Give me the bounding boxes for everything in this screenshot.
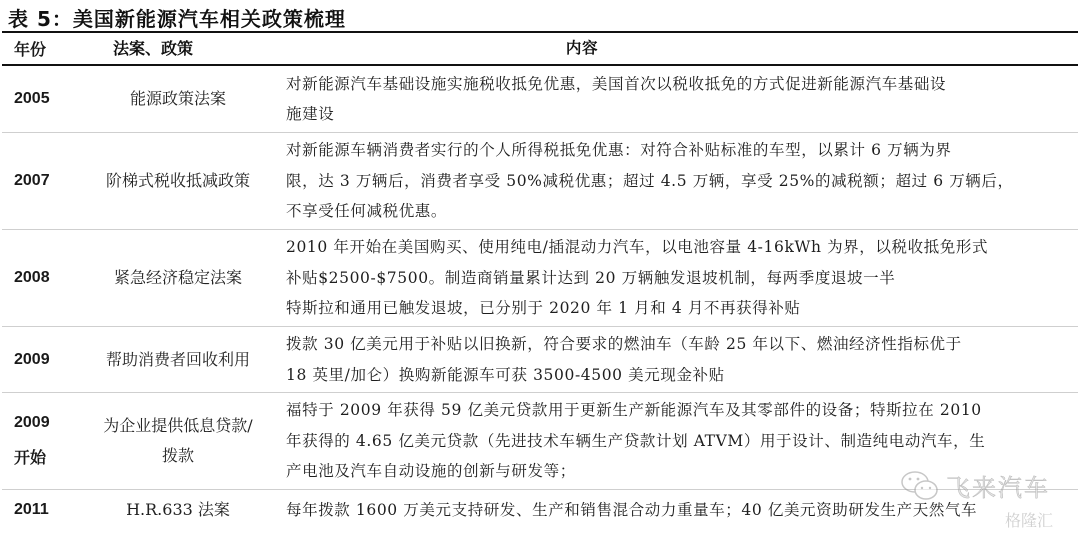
table-title: 表 5：美国新能源汽车相关政策梳理 xyxy=(8,3,346,32)
row-policy: 帮助消费者回收利用 xyxy=(77,345,279,375)
content-line: 不享受任何减税优惠。 xyxy=(286,196,1068,227)
row-policy: 为企业提供低息贷款/ 拨款 xyxy=(77,411,279,471)
content-line: 年获得的 4.65 亿美元贷款（先进技术车辆生产贷款计划 ATVM）用于设计、制… xyxy=(286,426,1068,457)
row-policy: H.R.633 法案 xyxy=(77,495,279,525)
row-year: 2009 开始 xyxy=(2,405,77,477)
policy-table: 年份 法案、政策 内容 2005 能源政策法案 对新能源汽车基础设施实施税收抵免… xyxy=(2,31,1078,530)
table-row: 2011 H.R.633 法案 每年拨款 1600 万美元支持研发、生产和销售混… xyxy=(2,490,1078,530)
table-row: 2008 紧急经济稳定法案 2010 年开始在美国购买、使用纯电/插混动力汽车，… xyxy=(2,230,1078,327)
content-line: 对新能源车辆消费者实行的个人所得税抵免优惠：对符合补贴标准的车型，以累计 6 万… xyxy=(286,135,1068,166)
row-year-line: 开始 xyxy=(14,441,77,477)
content-line: 施建设 xyxy=(286,99,1068,130)
table-row: 2009 开始 为企业提供低息贷款/ 拨款 福特于 2009 年获得 59 亿美… xyxy=(2,393,1078,490)
row-policy: 能源政策法案 xyxy=(77,84,279,114)
content-line: 对新能源汽车基础设施实施税收抵免优惠，美国首次以税收抵免的方式促进新能源汽车基础… xyxy=(286,69,1068,100)
table-row: 2007 阶梯式税收抵减政策 对新能源车辆消费者实行的个人所得税抵免优惠：对符合… xyxy=(2,133,1078,230)
content-line: 产电池及汽车自动设施的创新与研发等； xyxy=(286,456,1068,487)
row-policy-line: 拨款 xyxy=(77,441,279,471)
row-policy-line: 为企业提供低息贷款/ xyxy=(77,411,279,441)
content-line: 每年拨款 1600 万美元支持研发、生产和销售混合动力重量车；40 亿美元资助研… xyxy=(286,495,1068,526)
header-year: 年份 xyxy=(2,37,77,60)
header-policy: 法案、政策 xyxy=(77,34,279,64)
table-row: 2009 帮助消费者回收利用 拨款 30 亿美元用于补贴以旧换新，符合要求的燃油… xyxy=(2,327,1078,393)
row-year-line: 2009 xyxy=(14,405,77,441)
row-year: 2008 xyxy=(2,269,77,287)
table-row: 2005 能源政策法案 对新能源汽车基础设施实施税收抵免优惠，美国首次以税收抵免… xyxy=(2,66,1078,133)
row-policy: 紧急经济稳定法案 xyxy=(77,263,279,293)
row-year: 2005 xyxy=(2,90,77,108)
row-year: 2007 xyxy=(2,172,77,190)
row-content: 每年拨款 1600 万美元支持研发、生产和销售混合动力重量车；40 亿美元资助研… xyxy=(279,495,1078,526)
watermark-secondary: 格隆汇 xyxy=(1005,508,1053,531)
row-content: 对新能源汽车基础设施实施税收抵免优惠，美国首次以税收抵免的方式促进新能源汽车基础… xyxy=(279,69,1078,130)
row-content: 福特于 2009 年获得 59 亿美元贷款用于更新生产新能源汽车及其零部件的设备… xyxy=(279,395,1078,487)
row-content: 2010 年开始在美国购买、使用纯电/插混动力汽车，以电池容量 4-16kWh … xyxy=(279,232,1078,324)
content-line: 福特于 2009 年获得 59 亿美元贷款用于更新生产新能源汽车及其零部件的设备… xyxy=(286,395,1068,426)
table-header-row: 年份 法案、政策 内容 xyxy=(2,33,1078,66)
row-year: 2011 xyxy=(2,501,77,519)
content-line: 限，达 3 万辆后，消费者享受 50%减税优惠；超过 4.5 万辆，享受 25%… xyxy=(286,166,1068,197)
row-year: 2009 xyxy=(2,351,77,369)
content-line: 2010 年开始在美国购买、使用纯电/插混动力汽车，以电池容量 4-16kWh … xyxy=(286,232,1068,263)
row-content: 对新能源车辆消费者实行的个人所得税抵免优惠：对符合补贴标准的车型，以累计 6 万… xyxy=(279,135,1078,227)
content-line: 补贴$2500-$7500。制造商销量累计达到 20 万辆触发退坡机制，每两季度… xyxy=(286,263,1068,294)
content-line: 18 英里/加仑）换购新能源车可获 3500-4500 美元现金补贴 xyxy=(286,360,1068,391)
content-line: 拨款 30 亿美元用于补贴以旧换新，符合要求的燃油车（车龄 25 年以下、燃油经… xyxy=(286,329,1068,360)
row-policy: 阶梯式税收抵减政策 xyxy=(77,166,279,196)
content-line: 特斯拉和通用已触发退坡，已分别于 2020 年 1 月和 4 月不再获得补贴 xyxy=(286,293,1068,324)
row-content: 拨款 30 亿美元用于补贴以旧换新，符合要求的燃油车（车龄 25 年以下、燃油经… xyxy=(279,329,1078,390)
header-content: 内容 xyxy=(279,33,1078,64)
